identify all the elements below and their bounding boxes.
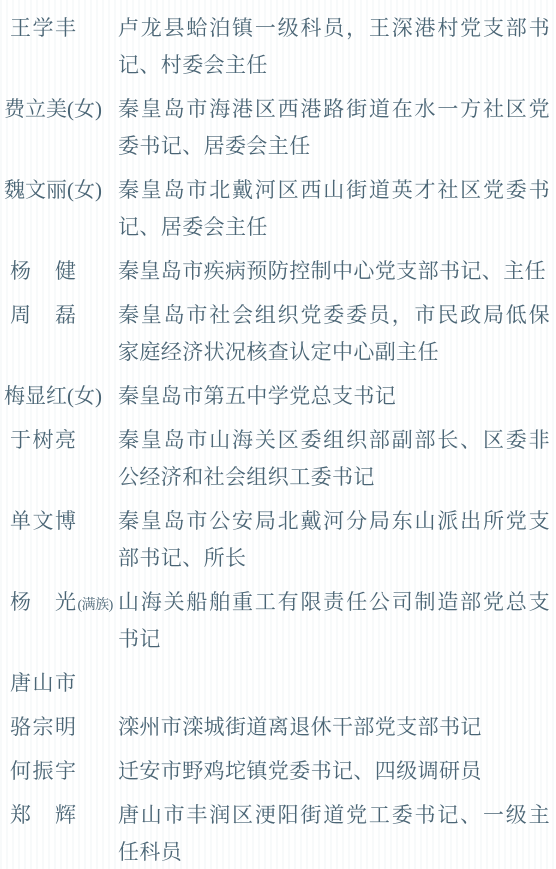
person-name: 郑 辉 — [10, 797, 78, 834]
description-line: 书记 — [118, 621, 550, 658]
name-suffix: (女) — [67, 178, 102, 202]
position-description: 秦皇岛市山海关区委组织部副部长、区委非 公经济和社会组织工委书记 — [118, 422, 550, 496]
person-name: 王学丰 — [10, 10, 78, 47]
name-suffix: (女) — [67, 384, 102, 408]
name-suffix: (女) — [67, 97, 102, 121]
description-line: 部书记、所长 — [118, 540, 550, 577]
description-line: 迁安市野鸡坨镇党委书记、四级调研员 — [118, 753, 550, 790]
description-line: 山海关船舶重工有限责任公司制造部党总支 — [118, 584, 550, 621]
name-suffix: (满族) — [78, 598, 113, 613]
description-line: 记、村委会主任 — [118, 47, 550, 84]
description-line: 公经济和社会组织工委书记 — [118, 459, 550, 496]
person-name: 杨 光(满族) — [10, 584, 113, 624]
position-description: 秦皇岛市公安局北戴河分局东山派出所党支 部书记、所长 — [118, 503, 550, 577]
person-name-text: 郑 辉 — [10, 803, 78, 827]
person-name-text: 单文博 — [10, 509, 78, 533]
list-item: 周 磊 秦皇岛市社会组织党委委员，市民政局低保 家庭经济状况核查认定中心副主任 — [0, 297, 556, 371]
list-item: 于树亮 秦皇岛市山海关区委组织部副部长、区委非 公经济和社会组织工委书记 — [0, 422, 556, 496]
description-line: 家庭经济状况核查认定中心副主任 — [118, 334, 550, 371]
person-name: 周 磊 — [10, 297, 78, 334]
description-line: 滦州市滦城街道离退休干部党支部书记 — [118, 709, 550, 746]
description-line: 委书记、居委会主任 — [118, 128, 550, 165]
person-name: 魏文丽(女) — [4, 172, 102, 209]
person-name-text: 何振宇 — [10, 759, 78, 783]
person-name-text: 王学丰 — [10, 16, 78, 40]
person-name-text: 费立美 — [4, 97, 67, 121]
person-name-text: 杨 健 — [10, 259, 78, 283]
position-description: 秦皇岛市第五中学党总支书记 — [118, 378, 550, 415]
list-item: 骆宗明 滦州市滦城街道离退休干部党支部书记 — [0, 709, 556, 746]
person-name-text: 骆宗明 — [10, 715, 78, 739]
position-description: 秦皇岛市疾病预防控制中心党支部书记、主任 — [118, 253, 550, 290]
position-description: 秦皇岛市海港区西港路街道在水一方社区党 委书记、居委会主任 — [118, 91, 550, 165]
person-name-text: 周 磊 — [10, 303, 78, 327]
position-description: 秦皇岛市北戴河区西山街道英才社区党委书 记、居委会主任 — [118, 172, 550, 246]
person-name-text: 魏文丽 — [4, 178, 67, 202]
list-item: 杨 健 秦皇岛市疾病预防控制中心党支部书记、主任 — [0, 253, 556, 290]
description-line: 卢龙县蛤泊镇一级科员，王深港村党支部书 — [118, 10, 550, 47]
description-line: 秦皇岛市社会组织党委委员，市民政局低保 — [118, 297, 550, 334]
section-header: 唐山市 — [0, 665, 556, 702]
position-description: 卢龙县蛤泊镇一级科员，王深港村党支部书 记、村委会主任 — [118, 10, 550, 84]
person-name: 梅显红(女) — [4, 378, 102, 415]
description-line: 秦皇岛市山海关区委组织部副部长、区委非 — [118, 422, 550, 459]
list-item: 杨 光(满族) 山海关船舶重工有限责任公司制造部党总支 书记 — [0, 584, 556, 658]
description-line: 唐山市丰润区浭阳街道党工委书记、一级主 — [118, 797, 550, 834]
description-line: 任科员 — [118, 834, 550, 869]
list-item: 单文博 秦皇岛市公安局北戴河分局东山派出所党支 部书记、所长 — [0, 503, 556, 577]
person-name: 单文博 — [10, 503, 78, 540]
description-line: 秦皇岛市疾病预防控制中心党支部书记、主任 — [118, 253, 550, 290]
person-name: 骆宗明 — [10, 709, 78, 746]
description-line: 秦皇岛市北戴河区西山街道英才社区党委书 — [118, 172, 550, 209]
list-item: 王学丰 卢龙县蛤泊镇一级科员，王深港村党支部书 记、村委会主任 — [0, 10, 556, 84]
position-description: 山海关船舶重工有限责任公司制造部党总支 书记 — [118, 584, 550, 658]
position-description: 滦州市滦城街道离退休干部党支部书记 — [118, 709, 550, 746]
position-description: 唐山市丰润区浭阳街道党工委书记、一级主 任科员 — [118, 797, 550, 869]
list-item: 郑 辉 唐山市丰润区浭阳街道党工委书记、一级主 任科员 — [0, 797, 556, 869]
person-name: 何振宇 — [10, 753, 78, 790]
list-item: 费立美(女) 秦皇岛市海港区西港路街道在水一方社区党 委书记、居委会主任 — [0, 91, 556, 165]
person-name-text: 于树亮 — [10, 428, 78, 452]
list-item: 梅显红(女) 秦皇岛市第五中学党总支书记 — [0, 378, 556, 415]
position-description: 秦皇岛市社会组织党委委员，市民政局低保 家庭经济状况核查认定中心副主任 — [118, 297, 550, 371]
description-line: 秦皇岛市公安局北戴河分局东山派出所党支 — [118, 503, 550, 540]
description-line: 秦皇岛市海港区西港路街道在水一方社区党 — [118, 91, 550, 128]
list-item: 魏文丽(女) 秦皇岛市北戴河区西山街道英才社区党委书 记、居委会主任 — [0, 172, 556, 246]
person-name-text: 杨 光 — [10, 590, 78, 614]
position-description: 迁安市野鸡坨镇党委书记、四级调研员 — [118, 753, 550, 790]
list-item: 何振宇 迁安市野鸡坨镇党委书记、四级调研员 — [0, 753, 556, 790]
person-name: 于树亮 — [10, 422, 78, 459]
document-page: 王学丰 卢龙县蛤泊镇一级科员，王深港村党支部书 记、村委会主任 费立美(女) 秦… — [0, 0, 556, 869]
description-line: 秦皇岛市第五中学党总支书记 — [118, 378, 550, 415]
description-line: 记、居委会主任 — [118, 209, 550, 246]
person-name-text: 梅显红 — [4, 384, 67, 408]
person-name: 杨 健 — [10, 253, 78, 290]
person-name: 费立美(女) — [4, 91, 102, 128]
